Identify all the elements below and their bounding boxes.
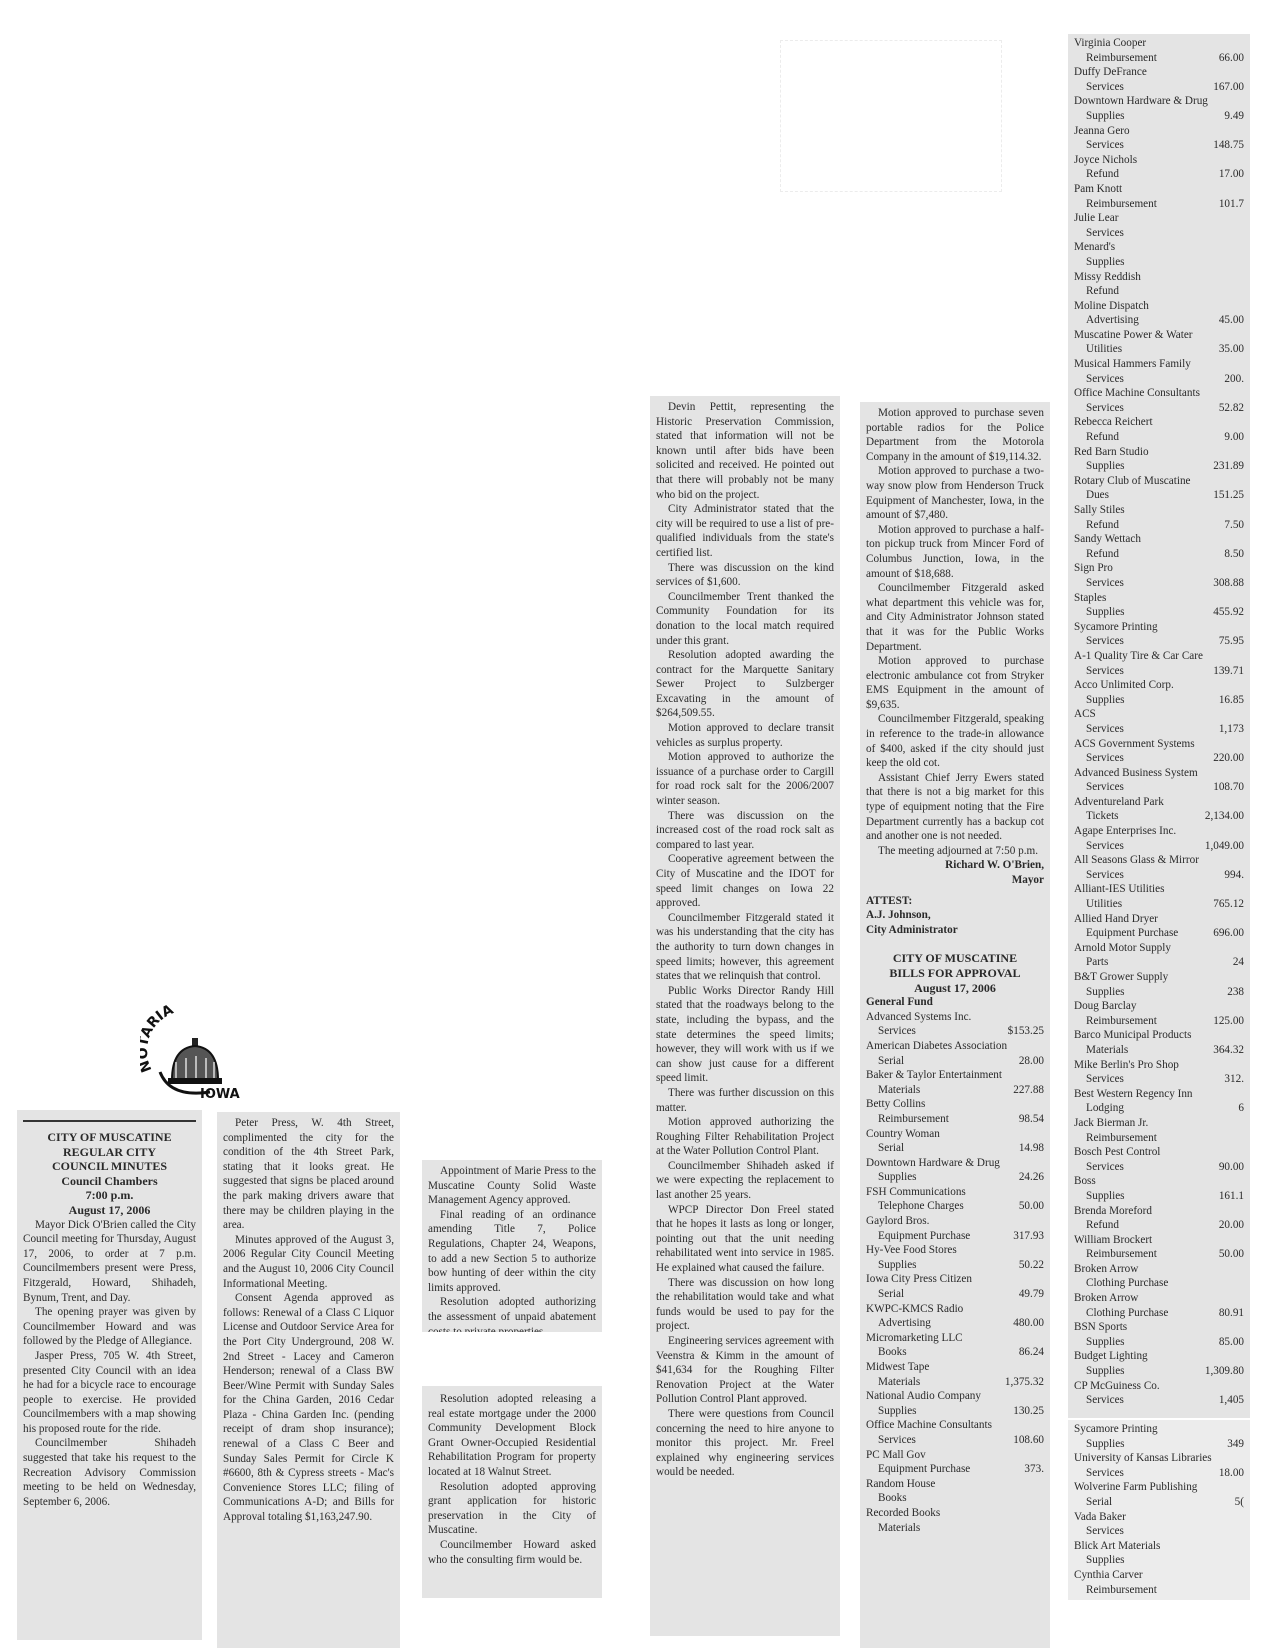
bill-category: Supplies	[878, 1258, 917, 1273]
bill-category: Supplies	[1086, 1189, 1125, 1204]
bill-row: Services	[1074, 1524, 1244, 1539]
bill-row: Services90.00	[1074, 1160, 1244, 1175]
bill-vendor: Sign Pro	[1074, 561, 1244, 576]
bill-category: Refund	[1086, 167, 1119, 182]
bill-amount: 308.88	[1213, 576, 1244, 591]
bills-column-6: Virginia CooperReimbursement66.00Duffy D…	[1068, 34, 1250, 1418]
paragraph: Resolution adopted awarding the contract…	[656, 648, 834, 721]
bill-amount: 227.88	[1013, 1083, 1044, 1098]
bill-category: Refund	[1086, 430, 1119, 445]
bill-row: Serial28.00	[866, 1054, 1044, 1069]
bill-amount: 2,134.00	[1205, 809, 1244, 824]
bill-category: Reimbursement	[1086, 1247, 1157, 1262]
headline-line: BILLS FOR APPROVAL	[866, 966, 1044, 981]
bill-row: Supplies238	[1074, 985, 1244, 1000]
bill-amount: 231.89	[1213, 459, 1244, 474]
bill-vendor: Best Western Regency Inn	[1074, 1087, 1244, 1102]
bill-category: Services	[1086, 1160, 1124, 1175]
bill-category: Services	[1086, 634, 1124, 649]
headline-line: CITY OF MUSCATINE	[866, 951, 1044, 966]
bill-row: Services1,173	[1074, 722, 1244, 737]
bill-category: Materials	[1086, 1043, 1128, 1058]
bill-row: Services200.	[1074, 372, 1244, 387]
bill-vendor: Brenda Moreford	[1074, 1204, 1244, 1219]
bill-vendor: Sally Stiles	[1074, 503, 1244, 518]
bill-amount: 8.50	[1224, 547, 1244, 562]
paragraph: There was further discussion on this mat…	[656, 1086, 834, 1115]
bill-row: Services148.75	[1074, 138, 1244, 153]
bill-category: Utilities	[1086, 342, 1122, 357]
bill-amount: 238	[1227, 985, 1244, 1000]
bill-category: Services	[1086, 1524, 1124, 1539]
bill-amount: 364.32	[1213, 1043, 1244, 1058]
bill-vendor: Virginia Cooper	[1074, 36, 1244, 51]
bill-row: Services75.95	[1074, 634, 1244, 649]
attest-title: City Administrator	[866, 923, 1044, 938]
bill-row: Serial14.98	[866, 1141, 1044, 1156]
bill-row: Supplies	[1074, 255, 1244, 270]
bill-category: Reimbursement	[1086, 1583, 1157, 1598]
bill-row: Refund	[1074, 284, 1244, 299]
paragraph: Jasper Press, 705 W. 4th Street, present…	[23, 1349, 196, 1437]
bill-amount: 349	[1227, 1437, 1244, 1452]
paragraph: Devin Pettit, representing the Historic …	[656, 400, 834, 502]
paragraph: Motion approved to purchase a half-ton p…	[866, 523, 1044, 581]
bill-row: Services308.88	[1074, 576, 1244, 591]
bill-vendor: Betty Collins	[866, 1097, 1044, 1112]
bill-row: Reimbursement101.7	[1074, 197, 1244, 212]
bill-amount: 66.00	[1219, 51, 1244, 66]
mayor-signature-title: Mayor	[866, 873, 1044, 888]
bill-vendor: Advanced Business System	[1074, 766, 1244, 781]
bill-amount: 90.00	[1219, 1160, 1244, 1175]
bill-category: Reimbursement	[1086, 51, 1157, 66]
bill-row: Dues151.25	[1074, 488, 1244, 503]
bill-vendor: B&T Grower Supply	[1074, 970, 1244, 985]
bill-amount: 1,405	[1219, 1393, 1244, 1408]
svg-text:NOTARIA: NOTARIA	[140, 1002, 176, 1075]
bill-row: Services139.71	[1074, 664, 1244, 679]
bill-vendor: Hy-Vee Food Stores	[866, 1243, 1044, 1258]
bill-vendor: PC Mall Gov	[866, 1448, 1044, 1463]
headline-line: REGULAR CITY	[23, 1145, 196, 1160]
paragraph: WPCP Director Don Freel stated that he h…	[656, 1203, 834, 1276]
bill-vendor: FSH Communications	[866, 1185, 1044, 1200]
bill-vendor: A-1 Quality Tire & Car Care	[1074, 649, 1244, 664]
bill-amount: 200.	[1224, 372, 1244, 387]
bill-category: Reimbursement	[1086, 197, 1157, 212]
minutes-headline: CITY OF MUSCATINE REGULAR CITY COUNCIL M…	[23, 1130, 196, 1218]
bill-category: Supplies	[1086, 255, 1125, 270]
bill-amount: 6	[1238, 1101, 1244, 1116]
paragraph: Motion approved to purchase a two-way sn…	[866, 464, 1044, 522]
bill-row: Supplies50.22	[866, 1258, 1044, 1273]
bill-row: Reimbursement	[1074, 1583, 1244, 1598]
bill-amount: 1,049.00	[1205, 839, 1244, 854]
bill-category: Clothing Purchase	[1086, 1306, 1168, 1321]
bill-row: Advertising45.00	[1074, 313, 1244, 328]
bill-category: Supplies	[1086, 459, 1125, 474]
paragraph: Councilmember Trent thanked the Communit…	[656, 590, 834, 648]
bill-category: Reimbursement	[878, 1112, 949, 1127]
bill-row: Reimbursement66.00	[1074, 51, 1244, 66]
bill-amount: 35.00	[1219, 342, 1244, 357]
bill-amount: 5(	[1235, 1495, 1244, 1510]
bill-row: Supplies161.1	[1074, 1189, 1244, 1204]
bill-category: Services	[1086, 780, 1124, 795]
bill-vendor: Alliant-IES Utilities	[1074, 882, 1244, 897]
headline-line: COUNCIL MINUTES	[23, 1159, 196, 1174]
bill-amount: 696.00	[1213, 926, 1244, 941]
bill-amount: 994.	[1224, 868, 1244, 883]
bill-amount: 480.00	[1013, 1316, 1044, 1331]
bills-column-6b: Sycamore PrintingSupplies349University o…	[1068, 1420, 1250, 1600]
bill-vendor: Iowa City Press Citizen	[866, 1272, 1044, 1287]
bill-vendor: Muscatine Power & Water	[1074, 328, 1244, 343]
bill-amount: 52.82	[1219, 401, 1244, 416]
bill-amount: 9.00	[1224, 430, 1244, 445]
bill-vendor: Vada Baker	[1074, 1510, 1244, 1525]
bill-amount: 50.00	[1019, 1199, 1044, 1214]
bill-category: Dues	[1086, 488, 1109, 503]
bill-row: Clothing Purchase80.91	[1074, 1306, 1244, 1321]
bill-amount: 80.91	[1219, 1306, 1244, 1321]
header-rule	[23, 1120, 196, 1122]
bill-category: Services	[878, 1433, 916, 1448]
bill-vendor: Boss	[1074, 1174, 1244, 1189]
bill-category: Services	[1086, 1072, 1124, 1087]
bill-vendor: Allied Hand Dryer	[1074, 912, 1244, 927]
bill-amount: 16.85	[1219, 693, 1244, 708]
bill-category: Supplies	[1086, 693, 1125, 708]
bill-amount: 98.54	[1019, 1112, 1044, 1127]
bill-vendor: Downtown Hardware & Drug	[1074, 94, 1244, 109]
bill-amount: 1,309.80	[1205, 1364, 1244, 1379]
bills-headline: CITY OF MUSCATINE BILLS FOR APPROVAL Aug…	[866, 951, 1044, 995]
bill-vendor: Office Machine Consultants	[866, 1418, 1044, 1433]
bill-amount: 373.	[1024, 1462, 1044, 1477]
bill-row: Utilities765.12	[1074, 897, 1244, 912]
paragraph: The opening prayer was given by Councilm…	[23, 1305, 196, 1349]
bill-vendor: Recorded Books	[866, 1506, 1044, 1521]
bill-vendor: Office Machine Consultants	[1074, 386, 1244, 401]
bill-category: Services	[1086, 576, 1124, 591]
bill-vendor: Barco Municipal Products	[1074, 1028, 1244, 1043]
bill-row: Clothing Purchase	[1074, 1276, 1244, 1291]
bill-row: Supplies349	[1074, 1437, 1244, 1452]
bill-vendor: Cynthia Carver	[1074, 1568, 1244, 1583]
bill-vendor: Agape Enterprises Inc.	[1074, 824, 1244, 839]
bill-row: Supplies231.89	[1074, 459, 1244, 474]
paragraph: Motion approved to purchase seven portab…	[866, 406, 1044, 464]
bill-amount: 14.98	[1019, 1141, 1044, 1156]
bill-category: Services	[1086, 80, 1124, 95]
bill-vendor: University of Kansas Libraries	[1074, 1451, 1244, 1466]
bill-category: Serial	[878, 1141, 904, 1156]
bill-category: Lodging	[1086, 1101, 1124, 1116]
bill-amount: 24	[1233, 955, 1244, 970]
bill-amount: 101.7	[1219, 197, 1244, 212]
bill-amount: 18.00	[1219, 1466, 1244, 1481]
bill-vendor: Joyce Nichols	[1074, 153, 1244, 168]
bill-category: Equipment Purchase	[878, 1229, 970, 1244]
bill-category: Tickets	[1086, 809, 1119, 824]
bill-amount: 108.60	[1013, 1433, 1044, 1448]
bill-amount: 1,173	[1219, 722, 1244, 737]
mayor-signature-name: Richard W. O'Brien,	[866, 858, 1044, 873]
bill-category: Supplies	[878, 1170, 917, 1185]
bill-category: Serial	[878, 1287, 904, 1302]
bill-vendor: National Audio Company	[866, 1389, 1044, 1404]
bill-amount: 139.71	[1213, 664, 1244, 679]
bill-row: Services52.82	[1074, 401, 1244, 416]
bill-category: Telephone Charges	[878, 1199, 964, 1214]
paragraph: There were questions from Council concer…	[656, 1407, 834, 1480]
paragraph: Councilmember Fitzgerald asked what depa…	[866, 581, 1044, 654]
bill-row: Supplies9.49	[1074, 109, 1244, 124]
bill-amount: 9.49	[1224, 109, 1244, 124]
bill-category: Services	[1086, 1466, 1124, 1481]
bill-vendor: Sandy Wettach	[1074, 532, 1244, 547]
bill-vendor: Baker & Taylor Entertainment	[866, 1068, 1044, 1083]
paragraph: Assistant Chief Jerry Ewers stated that …	[866, 771, 1044, 844]
bill-row: Services312.	[1074, 1072, 1244, 1087]
bill-vendor: CP McGuiness Co.	[1074, 1379, 1244, 1394]
bill-vendor: Broken Arrow	[1074, 1291, 1244, 1306]
bill-category: Services	[1086, 401, 1124, 416]
paragraph: Mayor Dick O'Brien called the City Counc…	[23, 1218, 196, 1306]
bill-row: Materials	[866, 1521, 1044, 1536]
bill-row: Refund7.50	[1074, 518, 1244, 533]
bill-amount: 45.00	[1219, 313, 1244, 328]
minutes-and-bills-column-5: Motion approved to purchase seven portab…	[860, 402, 1050, 1648]
bill-amount: 75.95	[1219, 634, 1244, 649]
bill-vendor: Bosch Pest Control	[1074, 1145, 1244, 1160]
headline-line: August 17, 2006	[866, 981, 1044, 996]
bill-row: Materials227.88	[866, 1083, 1044, 1098]
minutes-column-1: CITY OF MUSCATINE REGULAR CITY COUNCIL M…	[17, 1110, 202, 1640]
bill-vendor: Pam Knott	[1074, 182, 1244, 197]
bill-vendor: Missy Reddish	[1074, 270, 1244, 285]
bill-category: Supplies	[1086, 1437, 1125, 1452]
bill-category: Refund	[1086, 284, 1119, 299]
bill-row: Supplies85.00	[1074, 1335, 1244, 1350]
bill-vendor: Adventureland Park	[1074, 795, 1244, 810]
bill-category: Services	[1086, 664, 1124, 679]
bill-category: Materials	[878, 1375, 920, 1390]
bill-row: Refund9.00	[1074, 430, 1244, 445]
paragraph: Engineering services agreement with Veen…	[656, 1334, 834, 1407]
bill-category: Services	[1086, 839, 1124, 854]
bill-amount: 20.00	[1219, 1218, 1244, 1233]
bill-row: Reimbursement125.00	[1074, 1014, 1244, 1029]
paragraph: Cooperative agreement between the City o…	[656, 852, 834, 910]
bill-vendor: Staples	[1074, 591, 1244, 606]
bills-list: Virginia CooperReimbursement66.00Duffy D…	[1074, 36, 1244, 1408]
bill-amount: 312.	[1224, 1072, 1244, 1087]
bill-amount: 28.00	[1019, 1054, 1044, 1069]
bill-row: Serial49.79	[866, 1287, 1044, 1302]
bill-row: Utilities35.00	[1074, 342, 1244, 357]
bill-category: Materials	[878, 1521, 920, 1536]
paragraph: Resolution adopted approving grant appli…	[428, 1480, 596, 1538]
bill-category: Supplies	[1086, 605, 1125, 620]
bill-category: Parts	[1086, 955, 1108, 970]
paragraph: Councilmember Fitzgerald, speaking in re…	[866, 712, 1044, 770]
capitol-dome-icon: NOTARIA IOWA	[140, 1000, 260, 1100]
bill-vendor: Doug Barclay	[1074, 999, 1244, 1014]
paragraph: Resolution adopted authorizing the asses…	[428, 1295, 596, 1332]
bill-row: Services	[1074, 226, 1244, 241]
bill-amount: 167.00	[1213, 80, 1244, 95]
bill-category: Materials	[878, 1083, 920, 1098]
bill-vendor: Arnold Motor Supply	[1074, 941, 1244, 956]
bill-amount: 7.50	[1224, 518, 1244, 533]
bill-vendor: American Diabetes Association	[866, 1039, 1044, 1054]
paragraph: Councilmember Fitzgerald stated it was h…	[656, 911, 834, 984]
bill-row: Services$153.25	[866, 1024, 1044, 1039]
seal-top-text: NOTARIA	[140, 1002, 176, 1075]
fund-label: General Fund	[866, 995, 1044, 1010]
bill-category: Equipment Purchase	[878, 1462, 970, 1477]
bill-vendor: Rotary Club of Muscatine	[1074, 474, 1244, 489]
bill-vendor: Country Woman	[866, 1127, 1044, 1142]
headline-line: Council Chambers	[23, 1174, 196, 1189]
bill-amount: 50.22	[1019, 1258, 1044, 1273]
bill-row: Materials1,375.32	[866, 1375, 1044, 1390]
bill-row: Supplies16.85	[1074, 693, 1244, 708]
bill-row: Tickets2,134.00	[1074, 809, 1244, 824]
bill-vendor: Blick Art Materials	[1074, 1539, 1244, 1554]
bill-row: Supplies1,309.80	[1074, 1364, 1244, 1379]
bill-category: Refund	[1086, 547, 1119, 562]
bill-row: Supplies130.25	[866, 1404, 1044, 1419]
bill-vendor: Menard's	[1074, 240, 1244, 255]
bill-row: Services994.	[1074, 868, 1244, 883]
attest-name: A.J. Johnson,	[866, 908, 1044, 923]
bill-row: Supplies	[1074, 1553, 1244, 1568]
headline-line: 7:00 p.m.	[23, 1188, 196, 1203]
bill-category: Books	[878, 1345, 907, 1360]
bill-category: Reimbursement	[1086, 1014, 1157, 1029]
bill-row: Supplies24.26	[866, 1170, 1044, 1185]
attest-label: ATTEST:	[866, 894, 1044, 909]
bill-category: Serial	[1086, 1495, 1112, 1510]
paragraph: The meeting adjourned at 7:50 p.m.	[866, 844, 1044, 859]
paragraph: There was discussion on how long the reh…	[656, 1276, 834, 1334]
bill-row: Advertising480.00	[866, 1316, 1044, 1331]
bill-row: Services1,049.00	[1074, 839, 1244, 854]
bill-category: Supplies	[878, 1404, 917, 1419]
bill-category: Refund	[1086, 518, 1119, 533]
paragraph: Public Works Director Randy Hill stated …	[656, 984, 834, 1086]
bill-category: Services	[1086, 751, 1124, 766]
bill-category: Services	[1086, 1393, 1124, 1408]
bill-vendor: Downtown Hardware & Drug	[866, 1156, 1044, 1171]
bill-amount: 455.92	[1213, 605, 1244, 620]
bill-row: Refund17.00	[1074, 167, 1244, 182]
bill-amount: 148.75	[1213, 138, 1244, 153]
bill-row: Services220.00	[1074, 751, 1244, 766]
bill-amount: 24.26	[1019, 1170, 1044, 1185]
bill-category: Advertising	[1086, 313, 1139, 328]
paragraph: City Administrator stated that the city …	[656, 502, 834, 560]
paragraph: Councilmember Shihadeh asked if we were …	[656, 1159, 834, 1203]
bill-amount: 220.00	[1213, 751, 1244, 766]
bill-amount: 161.1	[1219, 1189, 1244, 1204]
bill-vendor: Julie Lear	[1074, 211, 1244, 226]
faded-clipping-outline	[780, 40, 1002, 192]
bill-category: Reimbursement	[1086, 1131, 1157, 1146]
bill-vendor: Midwest Tape	[866, 1360, 1044, 1375]
bill-category: Equipment Purchase	[1086, 926, 1178, 941]
bill-vendor: Sycamore Printing	[1074, 1422, 1244, 1437]
bill-amount: 125.00	[1213, 1014, 1244, 1029]
bill-category: Services	[1086, 868, 1124, 883]
bill-vendor: Mike Berlin's Pro Shop	[1074, 1058, 1244, 1073]
bill-category: Services	[1086, 226, 1124, 241]
bill-vendor: All Seasons Glass & Mirror	[1074, 853, 1244, 868]
bill-vendor: William Brockert	[1074, 1233, 1244, 1248]
bill-vendor: Micromarketing LLC	[866, 1331, 1044, 1346]
bill-amount: 130.25	[1013, 1404, 1044, 1419]
bill-row: Telephone Charges50.00	[866, 1199, 1044, 1214]
bill-amount: 108.70	[1213, 780, 1244, 795]
bill-vendor: Red Barn Studio	[1074, 445, 1244, 460]
bill-category: Supplies	[1086, 985, 1125, 1000]
bill-row: Refund8.50	[1074, 547, 1244, 562]
paragraph: Motion approved to authorize the issuanc…	[656, 750, 834, 808]
minutes-column-3a: Appointment of Marie Press to the Muscat…	[422, 1160, 602, 1332]
bill-category: Services	[878, 1024, 916, 1039]
headline-line: CITY OF MUSCATINE	[23, 1130, 196, 1145]
bill-vendor: Moline Dispatch	[1074, 299, 1244, 314]
paragraph: Consent Agenda approved as follows: Rene…	[223, 1291, 394, 1525]
bill-category: Services	[1086, 372, 1124, 387]
bill-category: Supplies	[1086, 1364, 1125, 1379]
minutes-column-2: Peter Press, W. 4th Street, complimented…	[217, 1112, 400, 1648]
bill-amount: 17.00	[1219, 167, 1244, 182]
bill-row: Services18.00	[1074, 1466, 1244, 1481]
bill-amount: 86.24	[1019, 1345, 1044, 1360]
bill-category: Clothing Purchase	[1086, 1276, 1168, 1291]
bill-vendor: Wolverine Farm Publishing	[1074, 1480, 1244, 1495]
paragraph: Final reading of an ordinance amending T…	[428, 1208, 596, 1296]
bill-amount: 50.00	[1219, 1247, 1244, 1262]
bill-amount: 49.79	[1019, 1287, 1044, 1302]
bill-vendor: Broken Arrow	[1074, 1262, 1244, 1277]
paragraph: There was discussion on the kind service…	[656, 561, 834, 590]
bill-vendor: Jack Bierman Jr.	[1074, 1116, 1244, 1131]
bill-amount: $153.25	[1008, 1024, 1044, 1039]
bill-amount: 765.12	[1213, 897, 1244, 912]
bill-category: Refund	[1086, 1218, 1119, 1233]
bill-row: Equipment Purchase696.00	[1074, 926, 1244, 941]
bill-vendor: KWPC-KMCS Radio	[866, 1302, 1044, 1317]
bill-vendor: Musical Hammers Family	[1074, 357, 1244, 372]
bill-row: Reimbursement98.54	[866, 1112, 1044, 1127]
bill-row: Services167.00	[1074, 80, 1244, 95]
bill-row: Equipment Purchase317.93	[866, 1229, 1044, 1244]
iowa-notary-seal: NOTARIA IOWA	[140, 1000, 260, 1100]
bill-vendor: Advanced Systems Inc.	[866, 1010, 1044, 1025]
bill-vendor: Sycamore Printing	[1074, 620, 1244, 635]
bill-vendor: Acco Unlimited Corp.	[1074, 678, 1244, 693]
bill-row: Equipment Purchase373.	[866, 1462, 1044, 1477]
paragraph: Motion approved authorizing the Roughing…	[656, 1115, 834, 1159]
bill-vendor: BSN Sports	[1074, 1320, 1244, 1335]
bill-row: Services1,405	[1074, 1393, 1244, 1408]
